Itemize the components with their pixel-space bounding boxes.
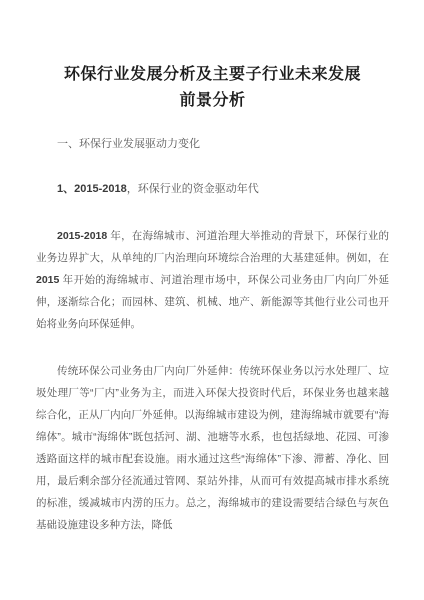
document-page: 环保行业发展分析及主要子行业未来发展 前景分析 一、环保行业发展驱动力变化 1、… bbox=[0, 0, 424, 600]
paragraph-industry-boundary: 2015-2018 年，在海绵城市、河道治理大举推动的背景下，环保行业的业务边界… bbox=[36, 225, 389, 335]
section-heading: 一、环保行业发展驱动力变化 bbox=[57, 137, 389, 152]
subsection-heading: 1、2015-2018，环保行业的资金驱动年代 bbox=[57, 182, 389, 197]
document-title: 环保行业发展分析及主要子行业未来发展 前景分析 bbox=[36, 62, 389, 114]
document-title-line2: 前景分析 bbox=[36, 88, 389, 114]
paragraph-sponge-city: 传统环保公司业务由厂内向厂外延伸：传统环保业务以污水处理厂、垃圾处理厂等“厂内”… bbox=[36, 360, 389, 536]
document-title-line1: 环保行业发展分析及主要子行业未来发展 bbox=[36, 62, 389, 88]
